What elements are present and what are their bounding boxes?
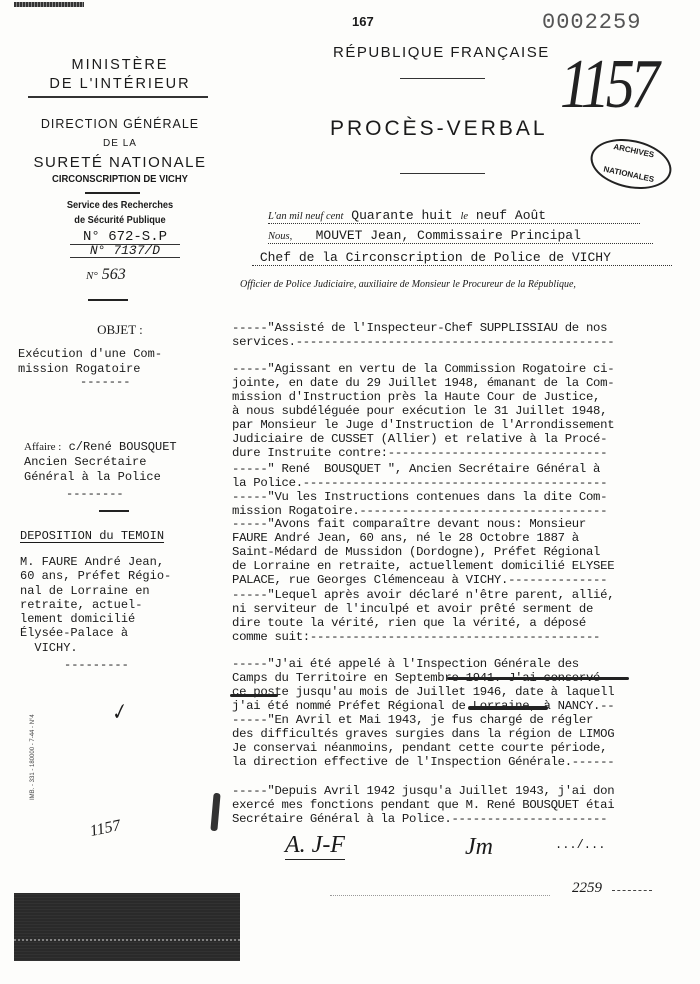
date-day: neuf Août [476,208,546,223]
handwritten-underline [468,706,548,710]
paragraph-assiste: -----"Assisté de l'Inspecteur-Chef SUPPL… [232,321,697,349]
reference-number-2: N° 7137/D [70,245,180,258]
bottom-page-number: 2259 [572,880,602,897]
paragraph-testimony-1: -----"J'ai été appelé à l'Inspection Gén… [232,657,697,713]
archive-serial-number: 0002259 [542,10,641,35]
affaire-line-3: Général à la Police [24,470,224,485]
paragraph-vu: -----"Vu les Instructions contenues dans… [232,490,697,518]
objet-text: Exécution d'une Com- mission Rogatoire [18,347,218,377]
paragraph-testimony-2: -----"En Avril et Mai 1943, je fus charg… [232,713,697,769]
direction-line-2: DE LA [20,134,220,154]
paragraph-comparaitre: -----"Avons fait comparaître devant nous… [232,517,697,587]
dash-separator: -------- [66,487,124,501]
dash-separator: ------- [80,375,130,389]
ministry-line-1: MINISTÈRE [20,56,220,75]
affaire-line-2: Ancien Secrétaire [24,455,224,470]
officer-line: Nous, MOUVET Jean, Commissaire Principal [268,228,653,244]
printer-reference: IMB. - 331 - 180000 - 7-44 - N°4 [30,714,36,800]
paragraph-agissant: -----"Agissant en vertu de la Commission… [232,362,697,460]
surete-nationale-heading: SURETÉ NATIONALE [20,154,220,171]
officer-signature: Jm [465,834,493,861]
date-line: L'an mil neuf cent Quarante huit le neuf… [268,208,640,224]
archives-nationales-stamp: ARCHIVES NATIONALES [586,132,676,196]
officer-name: MOUVET Jean, Commissaire Principal [316,228,581,243]
handwritten-folio-number: 1157 [560,43,656,123]
paragraph-accused: -----" René BOUSQUET ", Ancien Secrétair… [232,462,697,490]
circonscription-stamp: CIRCONSCRIPTION DE VICHY [30,173,210,185]
faint-rule [330,895,550,896]
republique-heading: RÉPUBLIQUE FRANÇAISE [333,44,550,61]
divider [28,96,208,98]
margin-marker [210,793,220,831]
divider [88,299,128,301]
handwritten-underline [447,677,629,680]
dash-separator: --------- [64,658,129,672]
document-title: PROCÈS-VERBAL [330,117,548,141]
affaire-line-1: c/René BOUSQUET [69,440,177,454]
handwritten-tick-mark: ✓ [106,698,130,727]
archive-page-number: 167 [352,14,374,29]
direction-line-1: DIRECTION GÉNÉRALE [20,114,220,134]
direction-heading: DIRECTION GÉNÉRALE DE LA [20,114,220,154]
ministry-line-2: DE L'INTÉRIEUR [20,75,220,94]
reference-number-3: N° 563 [86,266,126,284]
witness-signature: A. J-F [285,832,345,860]
page-number-dash [612,890,652,891]
service-line-1: Service des Recherches [32,198,208,213]
officer-qualification: Officier de Police Judiciaire, auxiliair… [240,276,680,294]
scan-artifact-black-band [14,893,240,961]
paragraph-serment: -----"Lequel après avoir déclaré n'être … [232,588,697,644]
divider [400,173,485,174]
officer-title-line: Chef de la Circonscription de Police de … [252,250,672,266]
reference-prefix: N° [86,270,98,282]
divider [85,192,140,194]
service-line-2: de Sécurité Publique [32,213,208,228]
margin-folio-number: 1157 [88,817,122,841]
affaire-block: Affaire : c/René BOUSQUET Ancien Secréta… [24,440,224,485]
deposition-text: M. FAURE André Jean, 60 ans, Préfet Régi… [20,555,225,655]
nous-label: Nous, [268,231,292,242]
date-year: Quarante huit [351,208,452,223]
reference-value: 563 [102,266,126,283]
affaire-label: Affaire : [24,441,61,453]
divider [99,510,129,512]
deposition-title: DEPOSITION du TEMOIN [20,529,164,543]
officer-title: Chef de la Circonscription de Police de … [260,250,611,265]
continued-mark: .../... [555,838,605,852]
date-label: L'an mil neuf cent [268,211,343,222]
handwritten-underline [230,694,278,697]
ministry-heading: MINISTÈRE DE L'INTÉRIEUR [20,56,220,94]
date-le-label: le [461,211,469,222]
stamp-line-1: ARCHIVES [595,138,673,163]
scan-artifact-top [14,2,84,7]
stamp-line-2: NATIONALES [590,162,668,187]
objet-label: OBJET : [20,322,220,338]
paragraph-testimony-3: -----"Depuis Avril 1942 jusqu'a Juillet … [232,784,697,826]
divider [400,78,485,79]
service-heading: Service des Recherches de Sécurité Publi… [32,198,208,228]
